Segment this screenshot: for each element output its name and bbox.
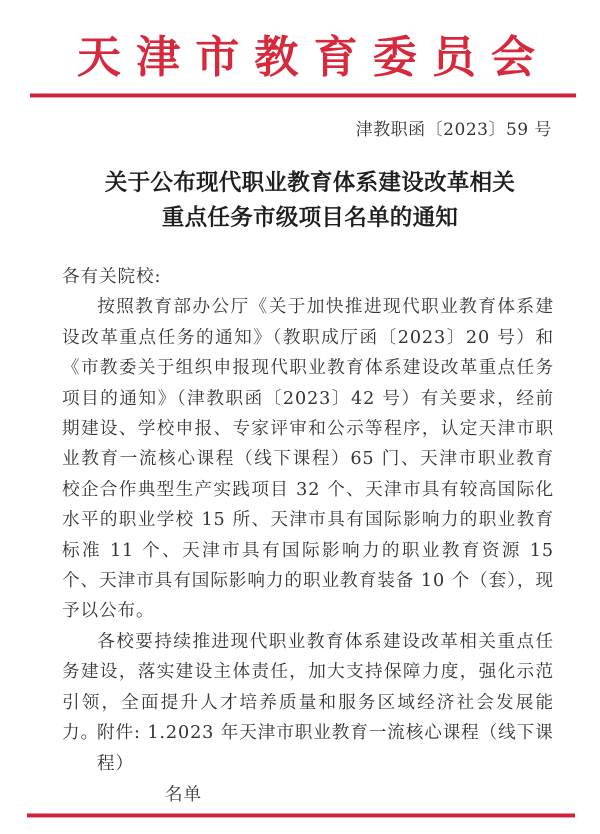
salutation: 各有关院校: bbox=[62, 262, 554, 292]
heading-line-2: 重点任务市级项目名单的通知 bbox=[60, 201, 560, 236]
attachment-item-1: 1.2023 年天津市职业教育一流核心课程（线下课程） bbox=[97, 723, 554, 774]
letterhead-char: 天 bbox=[76, 30, 122, 86]
document-heading: 关于公布现代职业教育体系建设改革相关 重点任务市级项目名单的通知 bbox=[60, 166, 560, 236]
letterhead-char: 育 bbox=[313, 30, 359, 86]
letterhead-title: 天 津 市 教 育 委 员 会 bbox=[76, 30, 536, 86]
letterhead: 天 津 市 教 育 委 员 会 bbox=[0, 30, 600, 86]
heading-line-1: 关于公布现代职业教育体系建设改革相关 bbox=[60, 166, 560, 201]
letterhead-char: 市 bbox=[194, 30, 240, 86]
attachment-label: 附件: bbox=[97, 723, 147, 743]
letterhead-char: 员 bbox=[431, 30, 477, 86]
body-paragraph: 按照教育部办公厅《关于加快推进现代职业教育体系建设改革重点任务的通知》（教职成厅… bbox=[62, 292, 554, 626]
letterhead-char: 津 bbox=[135, 30, 181, 86]
document-body: 各有关院校: 按照教育部办公厅《关于加快推进现代职业教育体系建设改革重点任务的通… bbox=[62, 262, 554, 749]
document-number: 津教职函〔2023〕59 号 bbox=[356, 118, 552, 142]
attachment-section: 附件: 1.2023 年天津市职业教育一流核心课程（线下课程） 名单 bbox=[97, 718, 557, 811]
footer-divider bbox=[27, 813, 575, 818]
letterhead-char: 教 bbox=[253, 30, 299, 86]
attachment-item-1-continued: 名单 bbox=[97, 780, 557, 811]
letterhead-char: 会 bbox=[490, 30, 536, 86]
letterhead-char: 委 bbox=[372, 30, 418, 86]
letterhead-divider bbox=[30, 93, 576, 98]
